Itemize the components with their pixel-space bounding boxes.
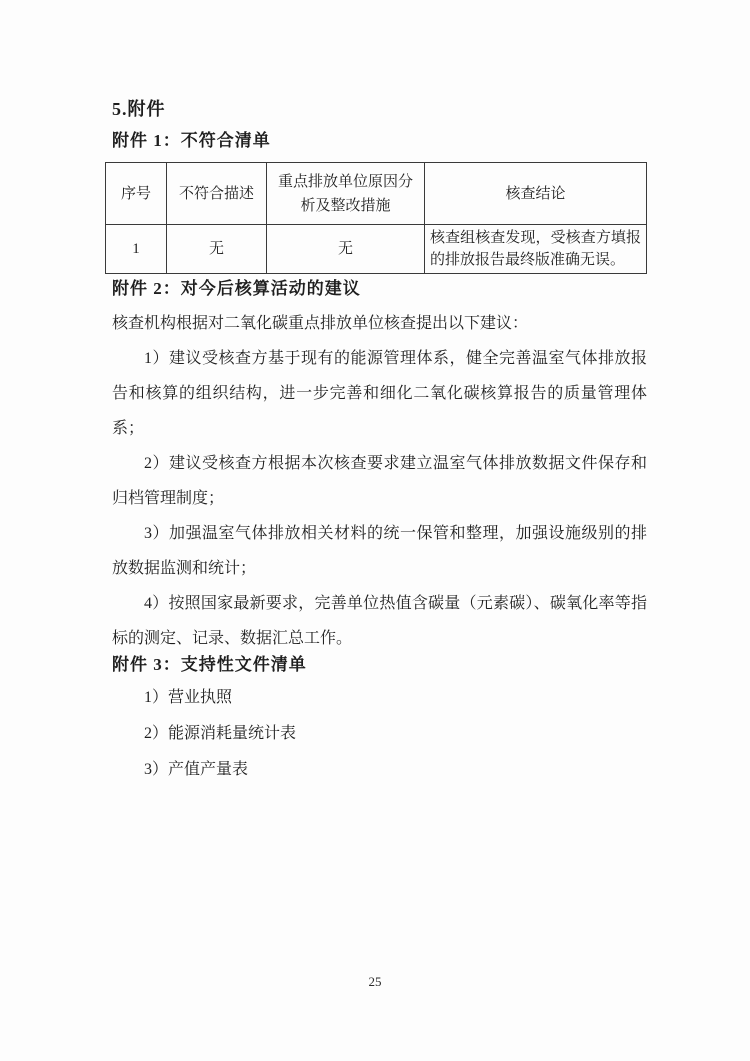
- attachment1-heading: 附件 1：不符合清单: [112, 132, 647, 150]
- suggestion-item-2: 2）建议受核查方根据本次核查要求建立温室气体排放数据文件保存和归档管理制度；: [112, 446, 647, 516]
- table-header-cell-description: 不符合描述: [167, 163, 267, 225]
- attachment3-heading: 附件 3：支持性文件清单: [112, 656, 647, 674]
- table-header-cell-conclusion: 核查结论: [425, 163, 647, 225]
- table-header-cell-cause-analysis: 重点排放单位原因分析及整改措施: [267, 163, 425, 225]
- page-number: 25: [0, 974, 750, 990]
- supporting-doc-item-1: 1）营业执照: [112, 680, 647, 716]
- table-cell-conclusion: 核查组核查发现，受核查方填报的排放报告最终版准确无误。: [425, 225, 647, 274]
- table-cell-description: 无: [167, 225, 267, 274]
- supporting-doc-item-3: 3）产值产量表: [112, 752, 647, 788]
- table-row: 1 无 无 核查组核查发现，受核查方填报的排放报告最终版准确无误。: [106, 225, 647, 274]
- suggestion-item-4: 4）按照国家最新要求，完善单位热值含碳量（元素碳）、碳氧化率等指标的测定、记录、…: [112, 586, 647, 656]
- suggestion-item-1: 1）建议受核查方基于现有的能源管理体系，健全完善温室气体排放报告和核算的组织结构…: [112, 341, 647, 446]
- nonconformance-table: 序号 不符合描述 重点排放单位原因分析及整改措施 核查结论 1 无 无 核查组核…: [105, 162, 647, 274]
- document-page: 5.附件 附件 1：不符合清单 序号 不符合描述 重点排放单位原因分析及整改措施…: [0, 0, 750, 1061]
- suggestion-item-3: 3）加强温室气体排放相关材料的统一保管和整理，加强设施级别的排放数据监测和统计；: [112, 516, 647, 586]
- table-cell-cause-analysis: 无: [267, 225, 425, 274]
- table-cell-index: 1: [106, 225, 167, 274]
- section-title: 5.附件: [112, 100, 647, 118]
- table-header-cell-index: 序号: [106, 163, 167, 225]
- supporting-doc-item-2: 2）能源消耗量统计表: [112, 716, 647, 752]
- table-header-row: 序号 不符合描述 重点排放单位原因分析及整改措施 核查结论: [106, 163, 647, 225]
- attachment2-heading: 附件 2：对今后核算活动的建议: [112, 280, 647, 298]
- page-content: 5.附件 附件 1：不符合清单 序号 不符合描述 重点排放单位原因分析及整改措施…: [112, 100, 647, 788]
- attachment2-intro: 核查机构根据对二氧化碳重点排放单位核查提出以下建议：: [112, 306, 647, 341]
